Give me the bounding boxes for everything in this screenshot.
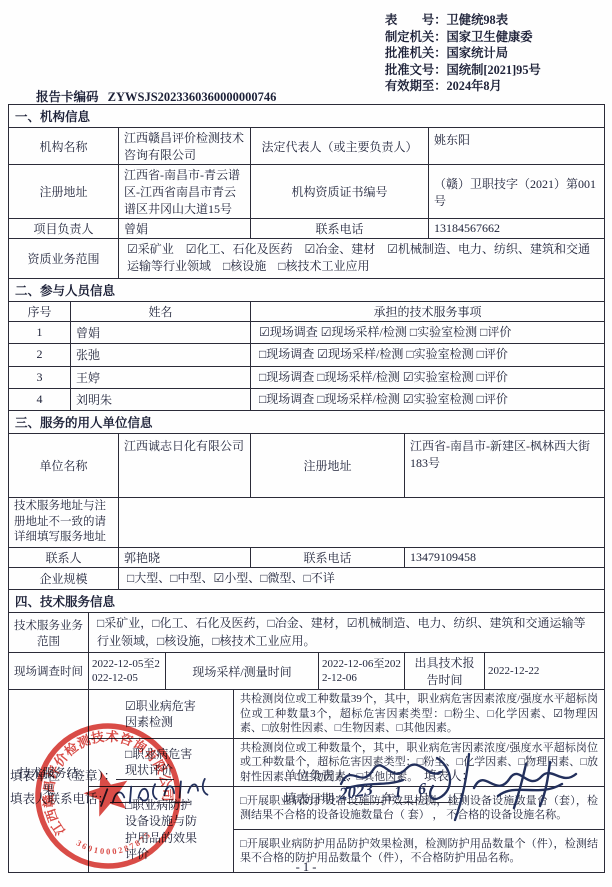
personnel-header-name: 姓名 bbox=[71, 301, 251, 321]
personnel-services: ☑现场调查 ☑现场采样/检测 □实验室检测 □评价 bbox=[251, 321, 605, 343]
org-legal-label: 法定代表人（或主要负责人） bbox=[251, 128, 429, 165]
personnel-row: 3 王婷 □现场调查 □现场采样/检测 ☑实验室检测 □评价 bbox=[9, 366, 605, 388]
report-code-value: ZYWSJS2023360360000000746 bbox=[108, 90, 277, 104]
service-scope-label: 技术服务业务范围 bbox=[9, 613, 89, 653]
employer-addr-value: 江西省-南昌市-新建区-枫林西大街183号 bbox=[405, 434, 605, 498]
meta-issuing-agency: 制定机关：国家卫生健康委 bbox=[385, 29, 610, 46]
personnel-services: □现场调查 ☑现场采样/检测 □实验室检测 □评价 bbox=[251, 344, 605, 366]
section3-title: 三、服务的用人单位信息 bbox=[9, 411, 605, 434]
personnel-no: 2 bbox=[9, 344, 71, 366]
employer-service-addr-label: 技术服务地址与注册地址不一致的请详细填写服务地址 bbox=[9, 498, 119, 548]
report-time-label: 出具技术报告时间 bbox=[405, 653, 485, 690]
org-phone-label: 联系电话 bbox=[251, 219, 429, 239]
personnel-name: 张弛 bbox=[71, 344, 251, 366]
personnel-services: □现场调查 □现场采样/检测 ☑实验室检测 □评价 bbox=[251, 366, 605, 388]
employer-contact-value: 郭艳晓 bbox=[119, 547, 251, 567]
org-addr-value: 江西省-南昌市-青云谱区-江西省南昌市青云谱区井冈山大道15号 bbox=[119, 165, 251, 219]
org-cert-label: 机构资质证书编号 bbox=[251, 165, 429, 219]
employer-addr-label: 注册地址 bbox=[251, 434, 405, 498]
report-time-value: 2022-12-22 bbox=[485, 653, 605, 690]
org-scope-label: 资质业务范围 bbox=[9, 239, 119, 279]
star-icon bbox=[79, 765, 135, 819]
meta-approval-doc: 批准文号：国统制[2021]95号 bbox=[385, 62, 610, 79]
section1-title: 一、机构信息 bbox=[9, 105, 605, 128]
report-code-line: 报告卡编码 ZYWSJS2023360360000000746 bbox=[36, 87, 276, 105]
employer-phone-value: 13479109458 bbox=[405, 547, 605, 567]
meta-approval-agency: 批准机关：国家统计局 bbox=[385, 45, 610, 62]
personnel-row: 2 张弛 □现场调查 ☑现场采样/检测 □实验室检测 □评价 bbox=[9, 344, 605, 366]
personnel-row: 4 刘明朱 □现场调查 □现场采样/检测 ☑实验室检测 □评价 bbox=[9, 388, 605, 410]
personnel-name: 王婷 bbox=[71, 366, 251, 388]
form-meta-block: 表 号：卫健统98表 制定机关：国家卫生健康委 批准机关：国家统计局 批准文号：… bbox=[385, 12, 610, 95]
meta-valid-until: 有效期至：2024年8月 bbox=[385, 78, 610, 95]
service-scope-checkboxes: □采矿业，□化工、石化及医药，□冶金、建材，☑机械制造、电力、纺织、建筑和交通运… bbox=[89, 613, 605, 653]
section2-title: 二、参与人员信息 bbox=[9, 278, 605, 301]
section4-title: 四、技术服务信息 bbox=[9, 590, 605, 613]
org-leader-label: 项目负责人 bbox=[9, 219, 119, 239]
sampling-time-label: 现场采样/测量时间 bbox=[166, 653, 319, 690]
report-form-page: 表 号：卫健统98表 制定机关：国家卫生健康委 批准机关：国家统计局 批准文号：… bbox=[0, 0, 612, 887]
meta-form-number: 表 号：卫健统98表 bbox=[385, 12, 610, 29]
fill-person-signature bbox=[468, 756, 586, 814]
personnel-name: 曾娟 bbox=[71, 321, 251, 343]
personnel-no: 4 bbox=[9, 388, 71, 410]
org-leader-value: 曾娟 bbox=[119, 219, 251, 239]
employer-contact-label: 联系人 bbox=[9, 547, 119, 567]
survey-time-label: 现场调查时间 bbox=[9, 653, 89, 690]
org-name-label: 机构名称 bbox=[9, 128, 119, 165]
org-name-value: 江西赣昌评价检测技术咨询有限公司 bbox=[119, 128, 251, 165]
unit-head-signature bbox=[337, 748, 487, 828]
personnel-header-services: 承担的技术服务事项 bbox=[251, 301, 605, 321]
survey-time-value: 2022-12-05至2022-12-05 bbox=[89, 653, 166, 690]
personnel-name: 刘明朱 bbox=[71, 388, 251, 410]
org-addr-label: 注册地址 bbox=[9, 165, 119, 219]
personnel-no: 1 bbox=[9, 321, 71, 343]
org-cert-value: （赣）卫职技字（2021）第001号 bbox=[429, 165, 605, 219]
employer-name-label: 单位名称 bbox=[9, 434, 119, 498]
employer-service-addr-value bbox=[119, 498, 605, 548]
personnel-services: □现场调查 □现场采样/检测 ☑实验室检测 □评价 bbox=[251, 388, 605, 410]
page-number: - 1 - bbox=[0, 860, 612, 875]
employer-phone-label: 联系电话 bbox=[251, 547, 405, 567]
org-legal-value: 姚东阳 bbox=[429, 128, 605, 165]
employer-size-label: 企业规模 bbox=[9, 567, 119, 589]
sampling-time-value: 2022-12-06至2022-12-06 bbox=[319, 653, 405, 690]
employer-name-value: 江西诚志日化有限公司 bbox=[119, 434, 251, 498]
org-phone-value: 13184567662 bbox=[429, 219, 605, 239]
employer-size-checkboxes: □大型、□中型、☑小型、□微型、□不详 bbox=[119, 567, 605, 589]
personnel-row: 1 曾娟 ☑现场调查 ☑现场采样/检测 □实验室检测 □评价 bbox=[9, 321, 605, 343]
personnel-no: 3 bbox=[9, 366, 71, 388]
result-row1-text: 共检测岗位或工种数量39个，其中，职业病危害因素浓度/强度水平超标岗位或工种数量… bbox=[234, 690, 605, 739]
personnel-header-no: 序号 bbox=[9, 301, 71, 321]
report-code-label: 报告卡编码 bbox=[36, 90, 99, 104]
org-scope-checkboxes: ☑采矿业 ☑化工、石化及医药 ☑冶金、建材 ☑机械制造、电力、纺织、建筑和交通运… bbox=[119, 239, 605, 279]
